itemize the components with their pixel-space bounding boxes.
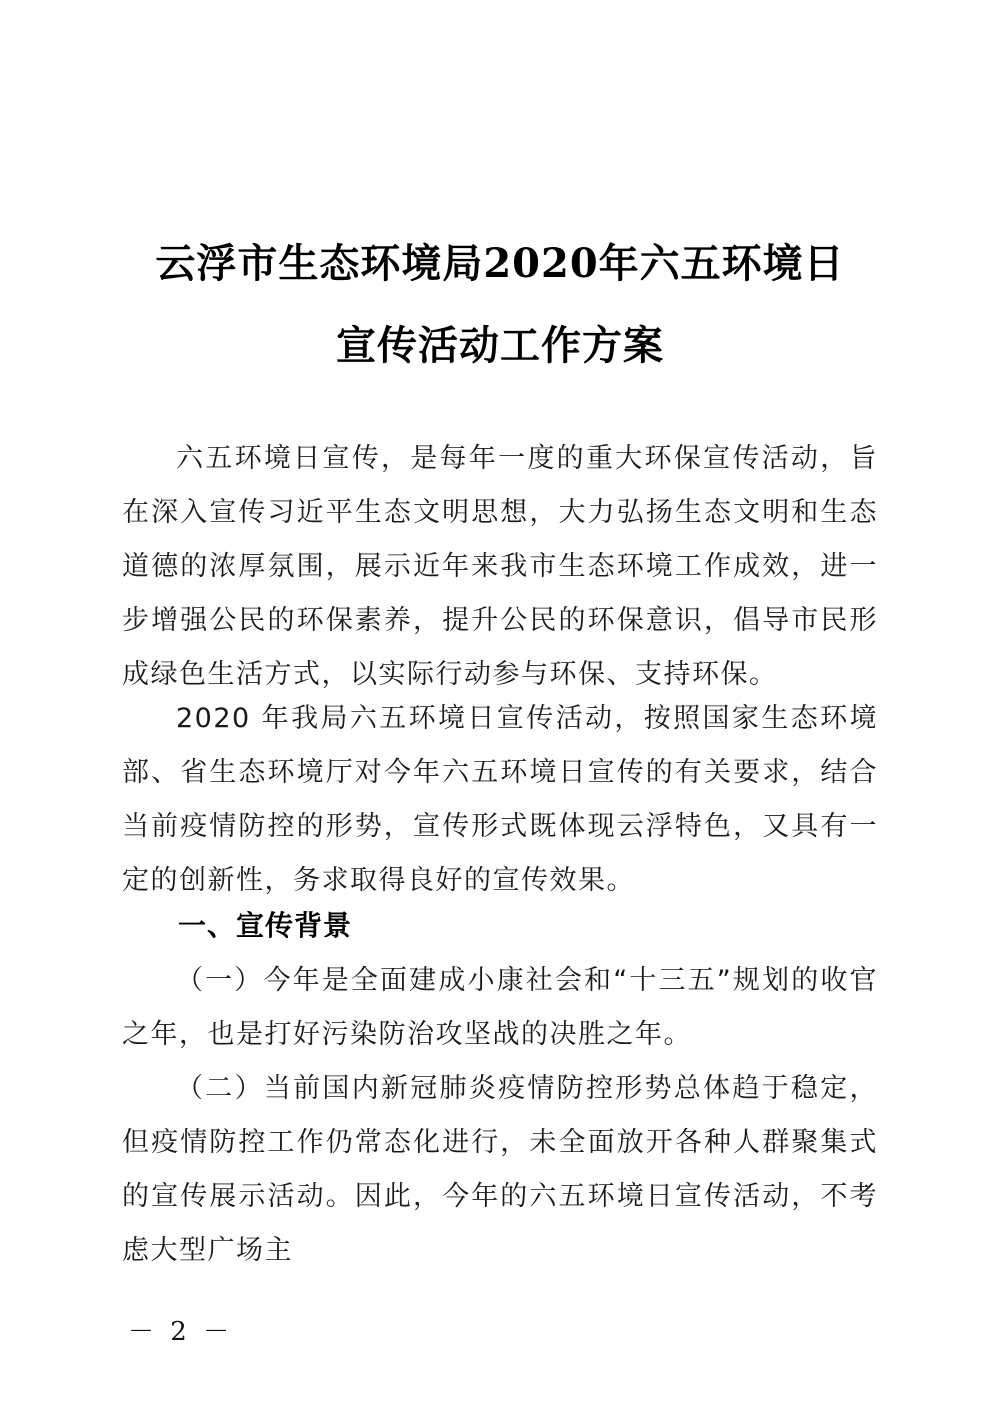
document-title-line-2: 宣传活动工作方案 bbox=[0, 314, 1000, 371]
background-item-2: （二）当前国内新冠肺炎疫情防控形势总体趋于稳定，但疫情防控工作仍常态化进行，未全… bbox=[122, 1062, 878, 1278]
paragraph-text: 2020 年我局六五环境日宣传活动，按照国家生态环境部、省生态环境厅对今年六五环… bbox=[122, 692, 878, 908]
paragraph-text: （一）今年是全面建成小康社会和“十三五”规划的收官之年，也是打好污染防治攻坚战的… bbox=[122, 954, 878, 1062]
page-number: － 2 － bbox=[128, 1311, 233, 1348]
paragraph-text: 六五环境日宣传，是每年一度的重大环保宣传活动，旨在深入宣传习近平生态文明思想，大… bbox=[122, 432, 878, 702]
document-page: 云浮市生态环境局2020年六五环境日 宣传活动工作方案 六五环境日宣传，是每年一… bbox=[0, 0, 1000, 1414]
section-heading-background: 一、宣传背景 bbox=[178, 904, 352, 944]
intro-paragraph-1: 六五环境日宣传，是每年一度的重大环保宣传活动，旨在深入宣传习近平生态文明思想，大… bbox=[122, 432, 878, 702]
background-item-1: （一）今年是全面建成小康社会和“十三五”规划的收官之年，也是打好污染防治攻坚战的… bbox=[122, 954, 878, 1062]
intro-paragraph-2: 2020 年我局六五环境日宣传活动，按照国家生态环境部、省生态环境厅对今年六五环… bbox=[122, 692, 878, 908]
document-title-line-1: 云浮市生态环境局2020年六五环境日 bbox=[0, 232, 1000, 289]
paragraph-text: （二）当前国内新冠肺炎疫情防控形势总体趋于稳定，但疫情防控工作仍常态化进行，未全… bbox=[122, 1062, 878, 1278]
